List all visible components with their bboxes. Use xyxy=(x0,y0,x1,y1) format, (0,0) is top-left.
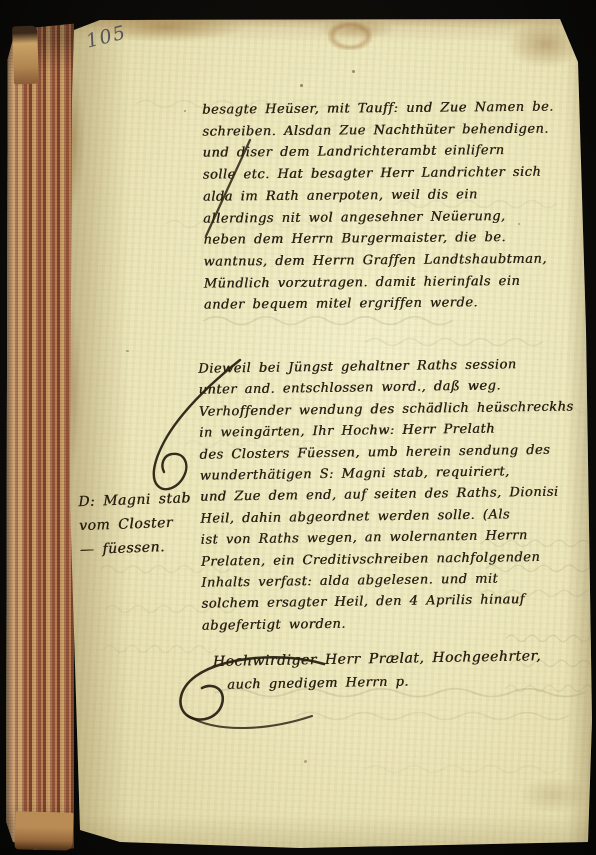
binding-cover-corner-bottom xyxy=(15,811,74,851)
manuscript-line: wantnus, dem Herrn Graffen Landtshaubtma… xyxy=(203,248,589,273)
paragraph-entry-1: besagte Heüser, mit Tauff: und Zue Namen… xyxy=(202,96,590,316)
margin-note-line: — füessen. xyxy=(79,534,205,562)
manuscript-line: solle etc. Hat besagter Herr Landrichter… xyxy=(203,161,589,186)
ink-speck xyxy=(126,350,129,352)
manuscript-line: abgefertigt worden. xyxy=(202,610,590,637)
margin-note: D: Magni stab vom Closter — füessen. xyxy=(78,486,205,562)
manuscript-line: ander bequem mitel ergriffen werde. xyxy=(204,292,590,317)
binding-cover-corner-top xyxy=(12,26,39,85)
page-stain xyxy=(316,18,396,40)
salutation: Hochwirdiger Herr Prælat, Hochgeehrter, … xyxy=(183,645,584,698)
paragraph-entry-2: Dieweil bei Jüngst gehaltner Raths sessi… xyxy=(198,353,590,637)
manuscript-line: schreiben. Alsdan Zue Nachthüter behendi… xyxy=(202,118,588,143)
book-binding-edge xyxy=(6,22,74,850)
ink-speck xyxy=(184,110,186,112)
page-stain xyxy=(328,22,372,50)
manuscript-photograph: 105 besagte Heüser, mit Tauff: und Zue N… xyxy=(0,0,596,855)
margin-note-line: D: Magni stab xyxy=(78,486,204,514)
page-stain xyxy=(521,778,587,812)
ink-speck xyxy=(352,70,355,73)
page-stain xyxy=(506,20,586,68)
manuscript-line: besagte Heüser, mit Tauff: und Zue Namen… xyxy=(202,96,588,121)
ink-speck xyxy=(304,760,307,763)
ink-speck xyxy=(300,84,303,87)
manuscript-page: 105 besagte Heüser, mit Tauff: und Zue N… xyxy=(66,18,592,848)
folio-number: 105 xyxy=(84,21,129,52)
